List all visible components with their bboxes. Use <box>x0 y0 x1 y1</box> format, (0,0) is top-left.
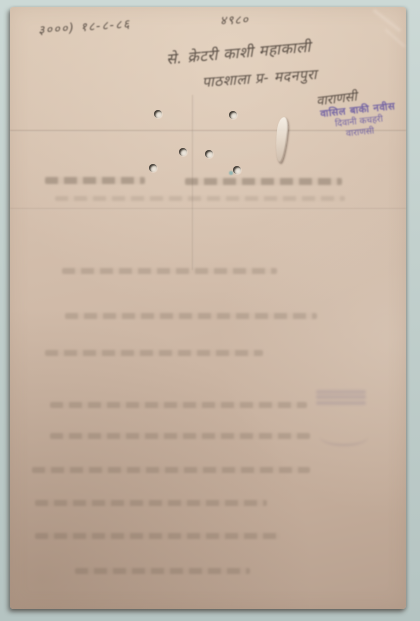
paper-tear <box>274 117 290 164</box>
bleed-through-line <box>55 196 345 201</box>
punch-hole <box>229 111 237 119</box>
office-ink-stamp: वासिल बाकी नवीस दिवानी कचहरी वाराणसी <box>297 99 420 146</box>
bleed-through-line <box>45 177 145 184</box>
punch-hole <box>149 164 157 172</box>
handwritten-number-top-left: ३०००) १८-८-८६ <box>38 15 132 38</box>
ghost-stamp-bleed <box>313 388 369 410</box>
punch-hole <box>233 166 241 174</box>
paper-sheet: ३०००) १८-८-८६ ४९८० से. क्रेटरी काशी महाक… <box>10 7 406 609</box>
bleed-through-line <box>65 313 317 319</box>
scanner-background: ३०००) १८-८-८६ ४९८० से. क्रेटरी काशी महाक… <box>0 0 420 621</box>
ghost-signature-bleed <box>320 428 368 446</box>
bleed-through-line <box>35 533 280 539</box>
handwritten-address-line-1: से. क्रेटरी काशी महाकाली <box>165 37 311 70</box>
handwritten-address-line-2: पाठशाला प्र- मदनपुरा <box>201 65 317 92</box>
bleed-through-line <box>32 467 310 473</box>
punch-hole <box>179 148 187 156</box>
punch-hole <box>154 110 162 118</box>
punch-hole <box>205 150 213 158</box>
bleed-through-line <box>185 178 342 185</box>
bleed-through-line <box>50 433 310 439</box>
handwritten-number-top-center: ४९८० <box>220 10 250 28</box>
bleed-through-line <box>50 402 307 408</box>
bleed-through-line <box>35 500 267 506</box>
bleed-through-line <box>45 350 263 356</box>
bleed-through-line <box>62 268 277 274</box>
paper-crease-horizontal <box>10 208 406 210</box>
paper-wrinkle <box>385 29 406 48</box>
bleed-through-line <box>75 568 250 574</box>
